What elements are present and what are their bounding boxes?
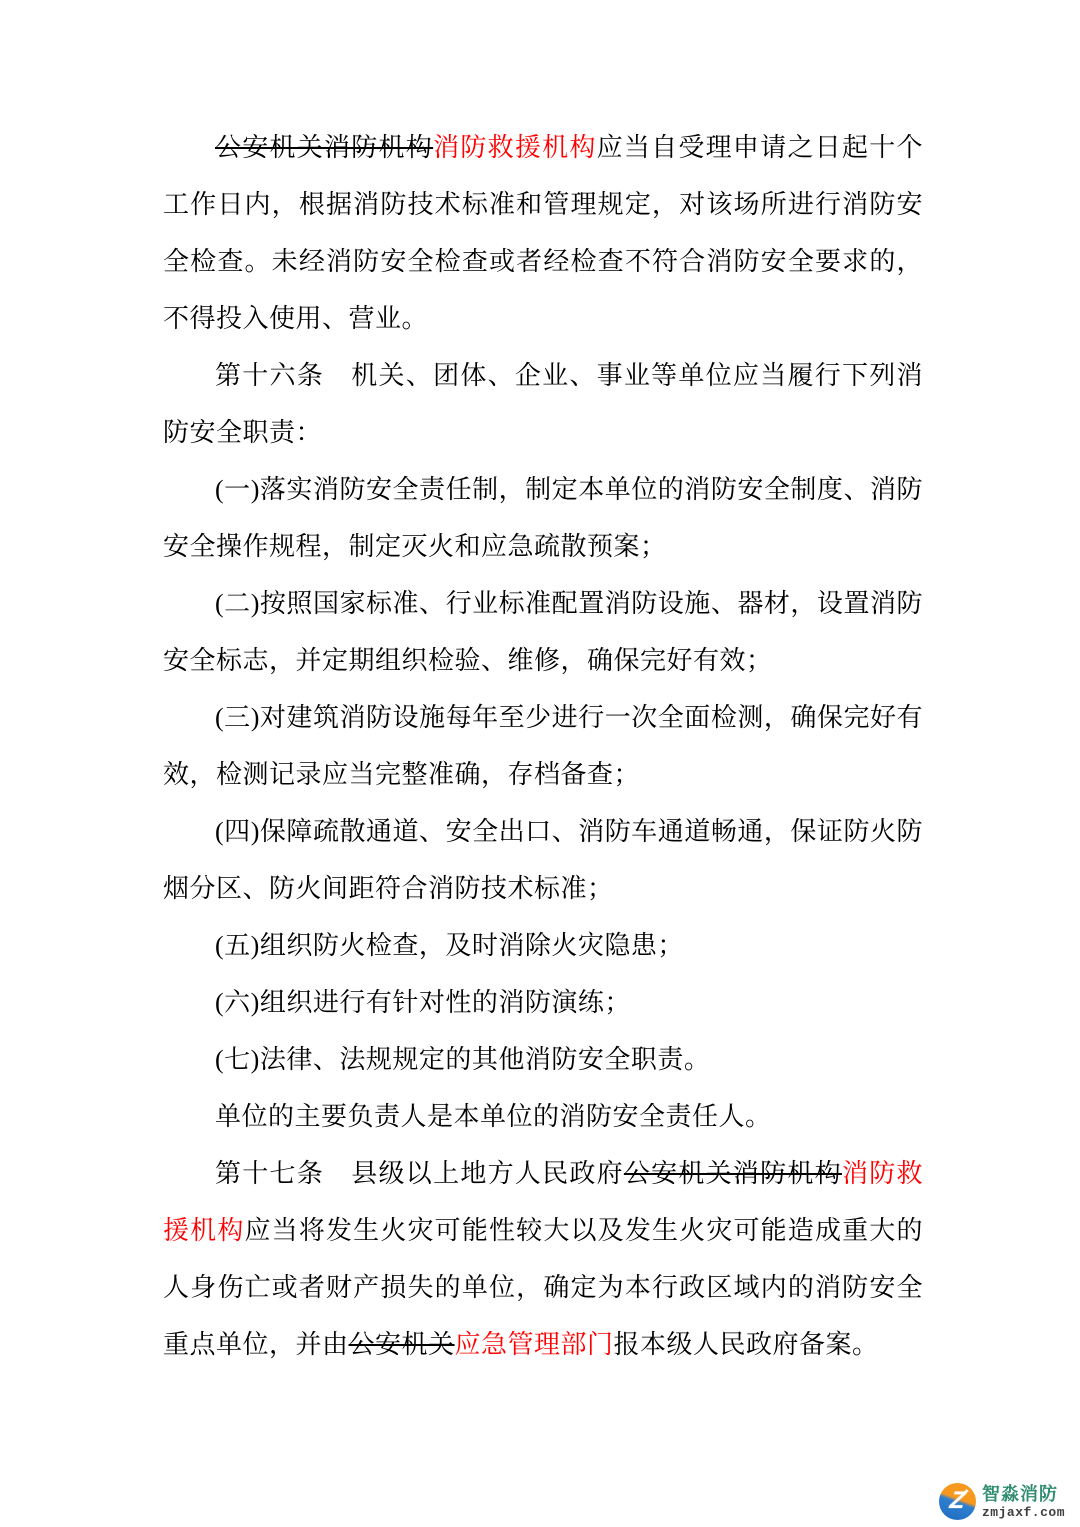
text-run: 第十六条 机关、团体、企业、事业等单位应当履行下列消防安全职责： xyxy=(163,361,923,447)
paragraph: (三)对建筑消防设施每年至少进行一次全面检测，确保完好有效，检测记录应当完整准确… xyxy=(163,689,923,803)
text-run: 单位的主要负责人是本单位的消防安全责任人。 xyxy=(215,1102,772,1131)
paragraph: 第十六条 机关、团体、企业、事业等单位应当履行下列消防安全职责： xyxy=(163,347,923,461)
text-run: 第十七条 县级以上地方人民政府 xyxy=(215,1159,624,1188)
text-run: 应当自受理申请之日起十个工作日内，根据消防技术标准和管理规定，对该场所进行消防安… xyxy=(163,133,923,333)
logo-sparkle-icon: ✦ xyxy=(963,1488,970,1496)
inserted-text: 应急管理部门 xyxy=(455,1330,614,1359)
inserted-text: 消防救援机构 xyxy=(433,133,597,162)
watermark-domain-text: zmjaxf.com xyxy=(982,1505,1065,1520)
paragraph: 第十七条 县级以上地方人民政府公安机关消防机构消防救援机构应当将发生火灾可能性较… xyxy=(163,1145,923,1373)
paragraph: (六)组织进行有针对性的消防演练； xyxy=(163,974,923,1031)
paragraph: (四)保障疏散通道、安全出口、消防车通道畅通，保证防火防烟分区、防火间距符合消防… xyxy=(163,803,923,917)
paragraph: 单位的主要负责人是本单位的消防安全责任人。 xyxy=(163,1088,923,1145)
text-run: (三)对建筑消防设施每年至少进行一次全面检测，确保完好有效，检测记录应当完整准确… xyxy=(163,703,923,789)
text-run: (五)组织防火检查，及时消除火灾隐患； xyxy=(215,931,684,960)
paragraph: (五)组织防火检查，及时消除火灾隐患； xyxy=(163,917,923,974)
paragraph: (一)落实消防安全责任制，制定本单位的消防安全制度、消防安全操作规程，制定灭火和… xyxy=(163,461,923,575)
text-run: (六)组织进行有针对性的消防演练； xyxy=(215,988,631,1017)
zhimiao-logo-icon: Z ✦ xyxy=(939,1483,976,1520)
deleted-text: 公安机关消防机构 xyxy=(624,1159,842,1188)
document-content: 公安机关消防机构消防救援机构应当自受理申请之日起十个工作日内，根据消防技术标准和… xyxy=(163,119,923,1373)
paragraph: (七)法律、法规规定的其他消防安全职责。 xyxy=(163,1031,923,1088)
watermark-text-block: 智淼消防 zmjaxf.com xyxy=(982,1484,1065,1520)
deleted-text: 公安机关消防机构 xyxy=(215,133,433,162)
site-watermark: Z ✦ 智淼消防 zmjaxf.com xyxy=(939,1483,1065,1520)
text-run: (一)落实消防安全责任制，制定本单位的消防安全制度、消防安全操作规程，制定灭火和… xyxy=(163,475,923,561)
text-run: (七)法律、法规规定的其他消防安全职责。 xyxy=(215,1045,710,1074)
document-page: 公安机关消防机构消防救援机构应当自受理申请之日起十个工作日内，根据消防技术标准和… xyxy=(0,0,1080,1527)
text-run: 报本级人民政府备案。 xyxy=(614,1330,879,1359)
deleted-text: 公安机关 xyxy=(349,1330,455,1359)
text-run: (四)保障疏散通道、安全出口、消防车通道畅通，保证防火防烟分区、防火间距符合消防… xyxy=(163,817,923,903)
paragraph: 公安机关消防机构消防救援机构应当自受理申请之日起十个工作日内，根据消防技术标准和… xyxy=(163,119,923,347)
paragraph: (二)按照国家标准、行业标准配置消防设施、器材，设置消防安全标志，并定期组织检验… xyxy=(163,575,923,689)
logo-letter: Z xyxy=(937,1483,979,1518)
text-run: (二)按照国家标准、行业标准配置消防设施、器材，设置消防安全标志，并定期组织检验… xyxy=(163,589,923,675)
watermark-brand-text: 智淼消防 xyxy=(982,1484,1065,1505)
